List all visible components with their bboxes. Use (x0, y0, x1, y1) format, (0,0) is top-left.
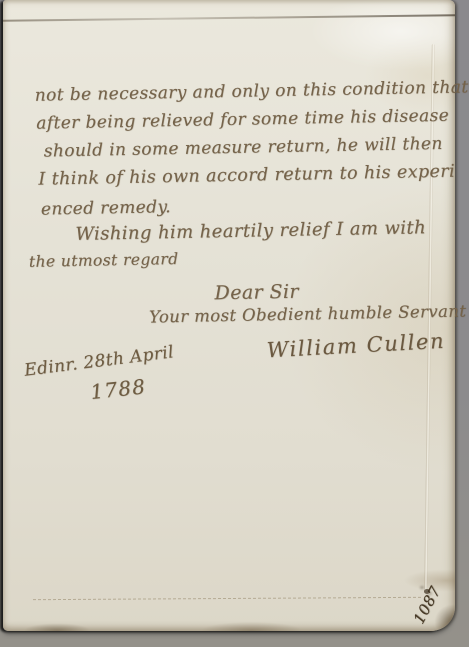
letter-line-4: I think of his own accord return to his … (38, 162, 455, 190)
closing-line-1: Wishing him heartily relief I am with (75, 217, 426, 245)
year-line: 1788 (89, 374, 147, 404)
letter-scan: not be necessary and only on this condit… (0, 0, 469, 647)
letter-line-3: should in some measure return, he will t… (44, 134, 443, 162)
valediction: Your most Obedient humble Servant (149, 301, 467, 326)
salutation: Dear Sir (214, 281, 299, 305)
closing-line-2: the utmost regard (29, 250, 179, 271)
letter-line-5: enced remedy. (41, 197, 171, 219)
ink-blot (424, 589, 430, 594)
signature: William Cullen (266, 329, 446, 363)
letter-body: not be necessary and only on this condit… (0, 0, 461, 635)
letter-page: not be necessary and only on this condit… (3, 0, 455, 631)
place-date-line: Edinr. 28th April (23, 342, 175, 380)
letter-line-2: after being relieved for some time his d… (36, 106, 449, 134)
letter-line-1: not be necessary and only on this condit… (35, 77, 469, 105)
